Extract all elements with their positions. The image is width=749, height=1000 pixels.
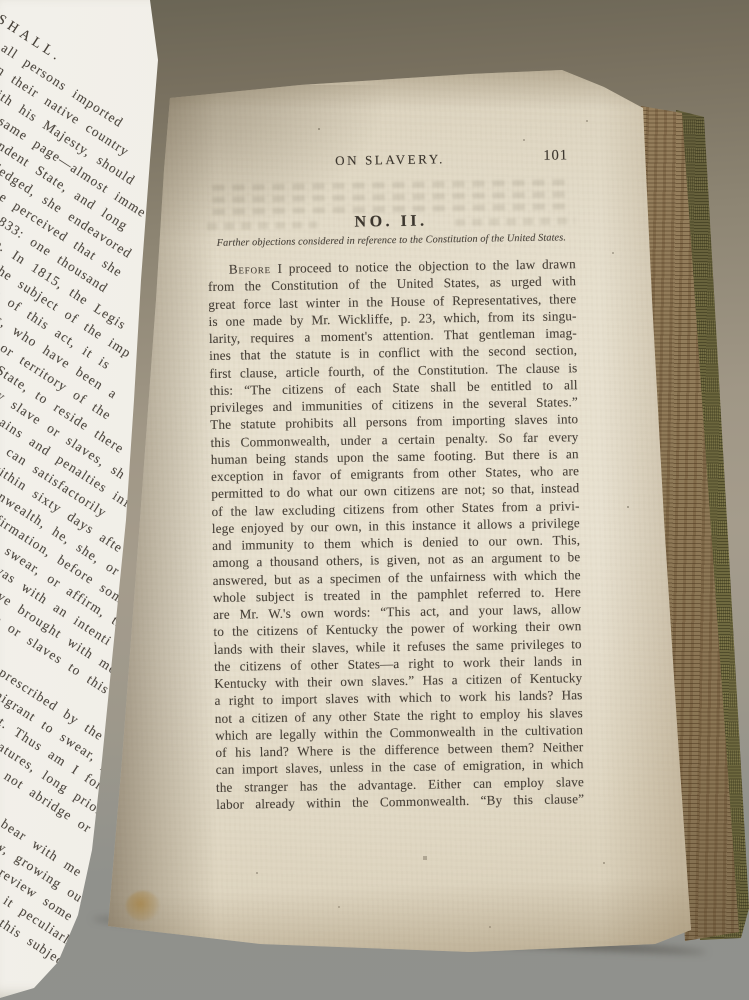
- page-number: 101: [543, 147, 568, 164]
- show-through-text: [213, 191, 565, 203]
- stain: [126, 891, 160, 921]
- page-text: ON SLAVERY. 101 NO. II. Farther objectio…: [206, 149, 585, 835]
- body-text: Before I proceed to notice the objection…: [208, 255, 585, 813]
- show-through-text: [212, 179, 564, 191]
- book-photo: ON SLAVERY. 101 NO. II. Farther objectio…: [0, 0, 749, 1000]
- body-line-list: from the Constitution of the United Stat…: [208, 272, 584, 812]
- lead-word: Before: [229, 261, 271, 277]
- section-subtitle: Farther objections considered in referen…: [207, 232, 575, 252]
